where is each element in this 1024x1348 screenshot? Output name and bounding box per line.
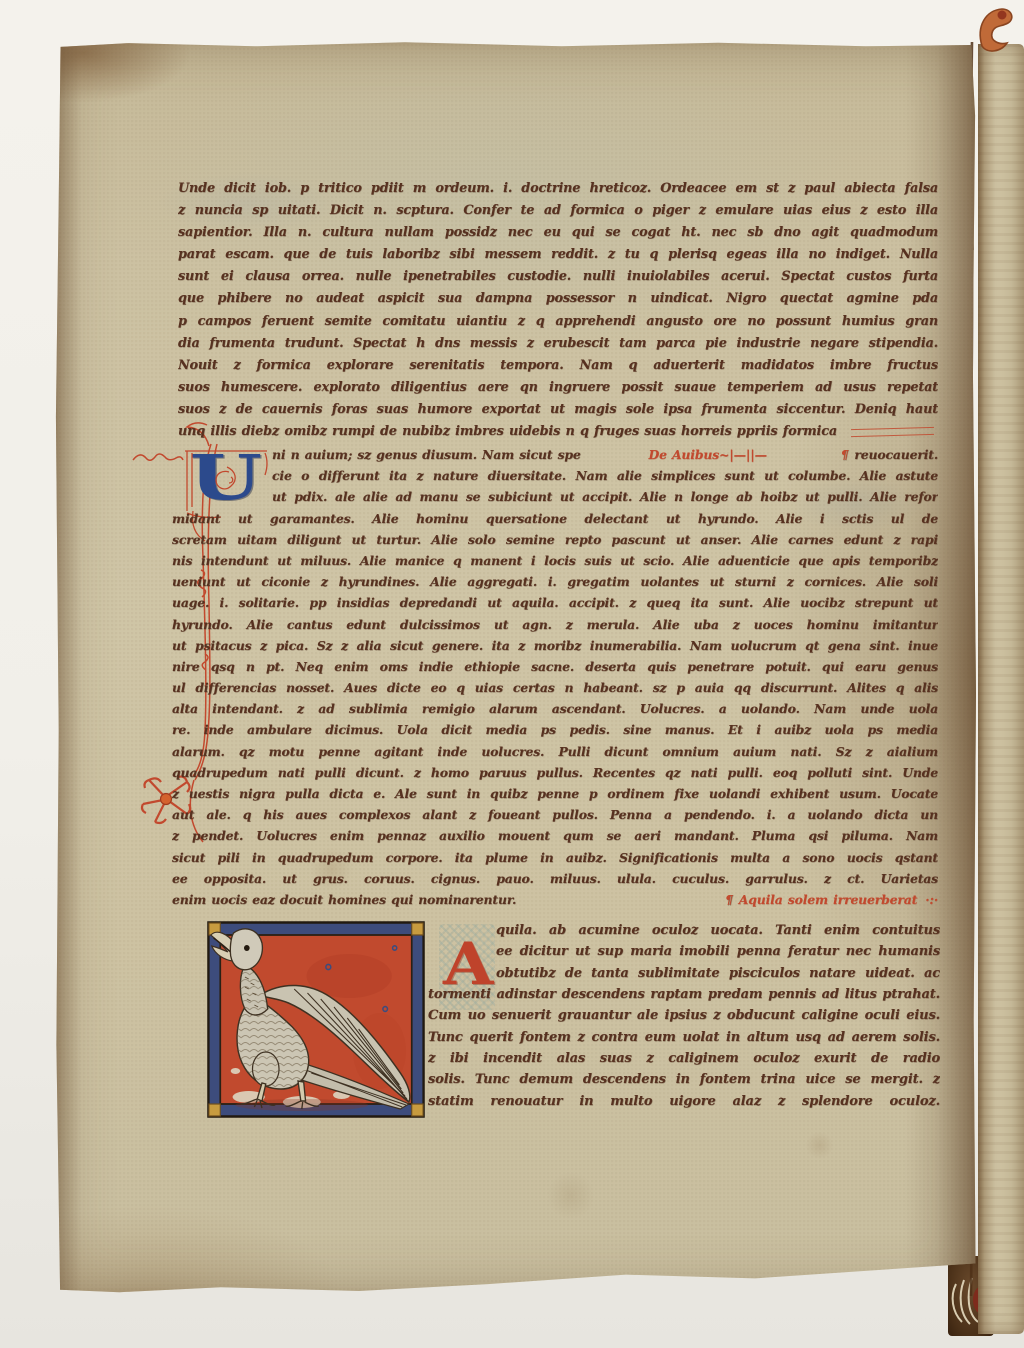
- text-line: Tunc querit fontem z contra eum uolat in…: [428, 1027, 940, 1048]
- text-line: tormenti adinstar descendens raptam pred…: [428, 984, 940, 1005]
- text-line: z uestis nigra pulla dicta e. Ale sunt i…: [172, 783, 938, 804]
- text-block-birds: ni n auium; sz genus diusum. Nam sicut s…: [172, 444, 938, 910]
- text-line: hyrundo. Alie cantus edunt dulcissimos u…: [172, 614, 938, 635]
- text-line: p campos feruent semite comitatu uiantiu…: [178, 311, 938, 333]
- capitulum-mark: ¶: [725, 889, 733, 910]
- text-lines: tormenti adinstar descendens raptam pred…: [428, 984, 940, 1112]
- text-line: unq illis diebz omibz rumpi de nubibz im…: [178, 421, 938, 443]
- text-line: nis intendunt ut miluus. Alie manice q m…: [172, 550, 938, 571]
- line-text: reuocauerit.: [854, 444, 938, 465]
- capitulum-mark: ¶: [841, 444, 849, 465]
- text-line: sunt ei clausa orrea. nulle ipenetrabile…: [178, 266, 938, 288]
- text-line: ut psitacus z pica. Sz z alia sicut gene…: [172, 635, 938, 656]
- text-line: solis. Tunc demum descendens in fontem t…: [428, 1069, 940, 1090]
- text-line: Cum uo senuerit grauantur ale ipsius z o…: [428, 1005, 940, 1026]
- rubric-line-filler: [851, 427, 934, 437]
- manuscript-page: Unde dicit iob. p tritico pdiit m ordeum…: [55, 40, 976, 1296]
- rubric-de-avibus: De Auibus: [648, 444, 719, 465]
- text-line: sicut pili in quadrupedum corpore. ita p…: [172, 847, 938, 868]
- text-lines: midant ut garamantes. Alie hominu quersa…: [172, 508, 938, 889]
- text-block-formica: Unde dicit iob. p tritico pdiit m ordeum…: [178, 178, 938, 443]
- text-line: quila. ab acumine oculoz uocata. Tanti e…: [428, 920, 940, 941]
- text-line: scretam uitam diligunt ut turtur. Alie s…: [172, 529, 938, 550]
- rubric-aquila: Aquila solem irreuerberat: [739, 889, 917, 910]
- text-line: z nuncia sp uitati. Dicit n. scptura. Co…: [178, 200, 938, 222]
- text-line: z ibi incendit alas suas z caliginem ocu…: [428, 1048, 940, 1069]
- text-line: aut ale. q his aues complexos alant z fo…: [172, 804, 938, 825]
- photograph-backdrop: Unde dicit iob. p tritico pdiit m ordeum…: [0, 0, 1024, 1348]
- text-line: ee opposita. ut grus. coruus. cignus. pa…: [172, 868, 938, 889]
- binding-tassel-icon: [972, 2, 1018, 56]
- text-line: suos z de cauernis foras suas humore exp…: [178, 399, 938, 421]
- text-line-with-rubric: enim uocis eaz docuit homines qui nomina…: [172, 889, 938, 910]
- text-line: sapientior. Illa n. cultura nullam possi…: [178, 222, 938, 244]
- text-line: cie o differunt ita z nature diuersitate…: [172, 465, 938, 486]
- text-line: alarum. qz motu penne agitant inde uoluc…: [172, 741, 938, 762]
- line-text: enim uocis eaz docuit homines qui nomina…: [172, 889, 516, 910]
- text-block-eagle: quila. ab acumine oculoz uocata. Tanti e…: [428, 920, 940, 1112]
- text-line: statim renouatur in multo uigore alaz z …: [428, 1091, 940, 1112]
- line-text: ni n auium; sz genus diusum. Nam sicut s…: [272, 444, 581, 465]
- text-line: midant ut garamantes. Alie hominu quersa…: [172, 508, 938, 529]
- text-line: parat escam. que de tuis laboribz sibi m…: [178, 244, 938, 266]
- text-line-with-rubric: ni n auium; sz genus diusum. Nam sicut s…: [172, 444, 938, 465]
- text-line: obtutibz de tanta sublimitate pisciculos…: [428, 963, 940, 984]
- text-line: quadrupedum nati pulli dicunt. z homo pa…: [172, 762, 938, 783]
- text-line: Nouit z formica explorare serenitatis te…: [178, 355, 938, 377]
- text-line: ut pdix. ale alie ad manu se subiciunt u…: [172, 486, 938, 507]
- text-line: que phibere no audeat aspicit sua dampna…: [178, 288, 938, 310]
- text-line: Unde dicit iob. p tritico pdiit m ordeum…: [178, 178, 938, 200]
- line-text: unq illis diebz omibz rumpi de nubibz im…: [178, 421, 837, 443]
- text-lines-beside-initial: cie o differunt ita z nature diuersitate…: [172, 465, 938, 507]
- text-line: nire qsq n pt. Neq enim oms indie ethiop…: [172, 656, 938, 677]
- text-line: z pendet. Uolucres enim pennaz auxilio m…: [172, 825, 938, 846]
- text-line: uage. i. solitarie. pp insidias depredan…: [172, 592, 938, 613]
- text-line: suos humescere. explorato diligentius ae…: [178, 377, 938, 399]
- text-line: ul differencias nosset. Aues dicte eo q …: [172, 677, 938, 698]
- text-lines-beside-initial: quila. ab acumine oculoz uocata. Tanti e…: [428, 920, 940, 984]
- page-edge-shadow: [55, 40, 81, 1296]
- text-line: ueniunt ut ciconie z hyrundines. Alie ag…: [172, 571, 938, 592]
- rubric-flourish: ~|—||—: [719, 444, 767, 465]
- text-lines: Unde dicit iob. p tritico pdiit m ordeum…: [178, 178, 938, 421]
- text-line: alta intendant. z ad sublimia remigio al…: [172, 698, 938, 719]
- text-line: re. inde ambulare dicimus. Uola dicit me…: [172, 719, 938, 740]
- eagle-eye: [244, 945, 250, 951]
- miniature-eagle: [207, 921, 425, 1118]
- text-line: ee dicitur ut sup maria imobili penna fe…: [428, 941, 940, 962]
- rubric-end-dots: ·:·: [925, 889, 938, 910]
- text-line: dia frumenta trudunt. Spectat h dns mess…: [178, 333, 938, 355]
- facing-page-edge: [978, 44, 1024, 1334]
